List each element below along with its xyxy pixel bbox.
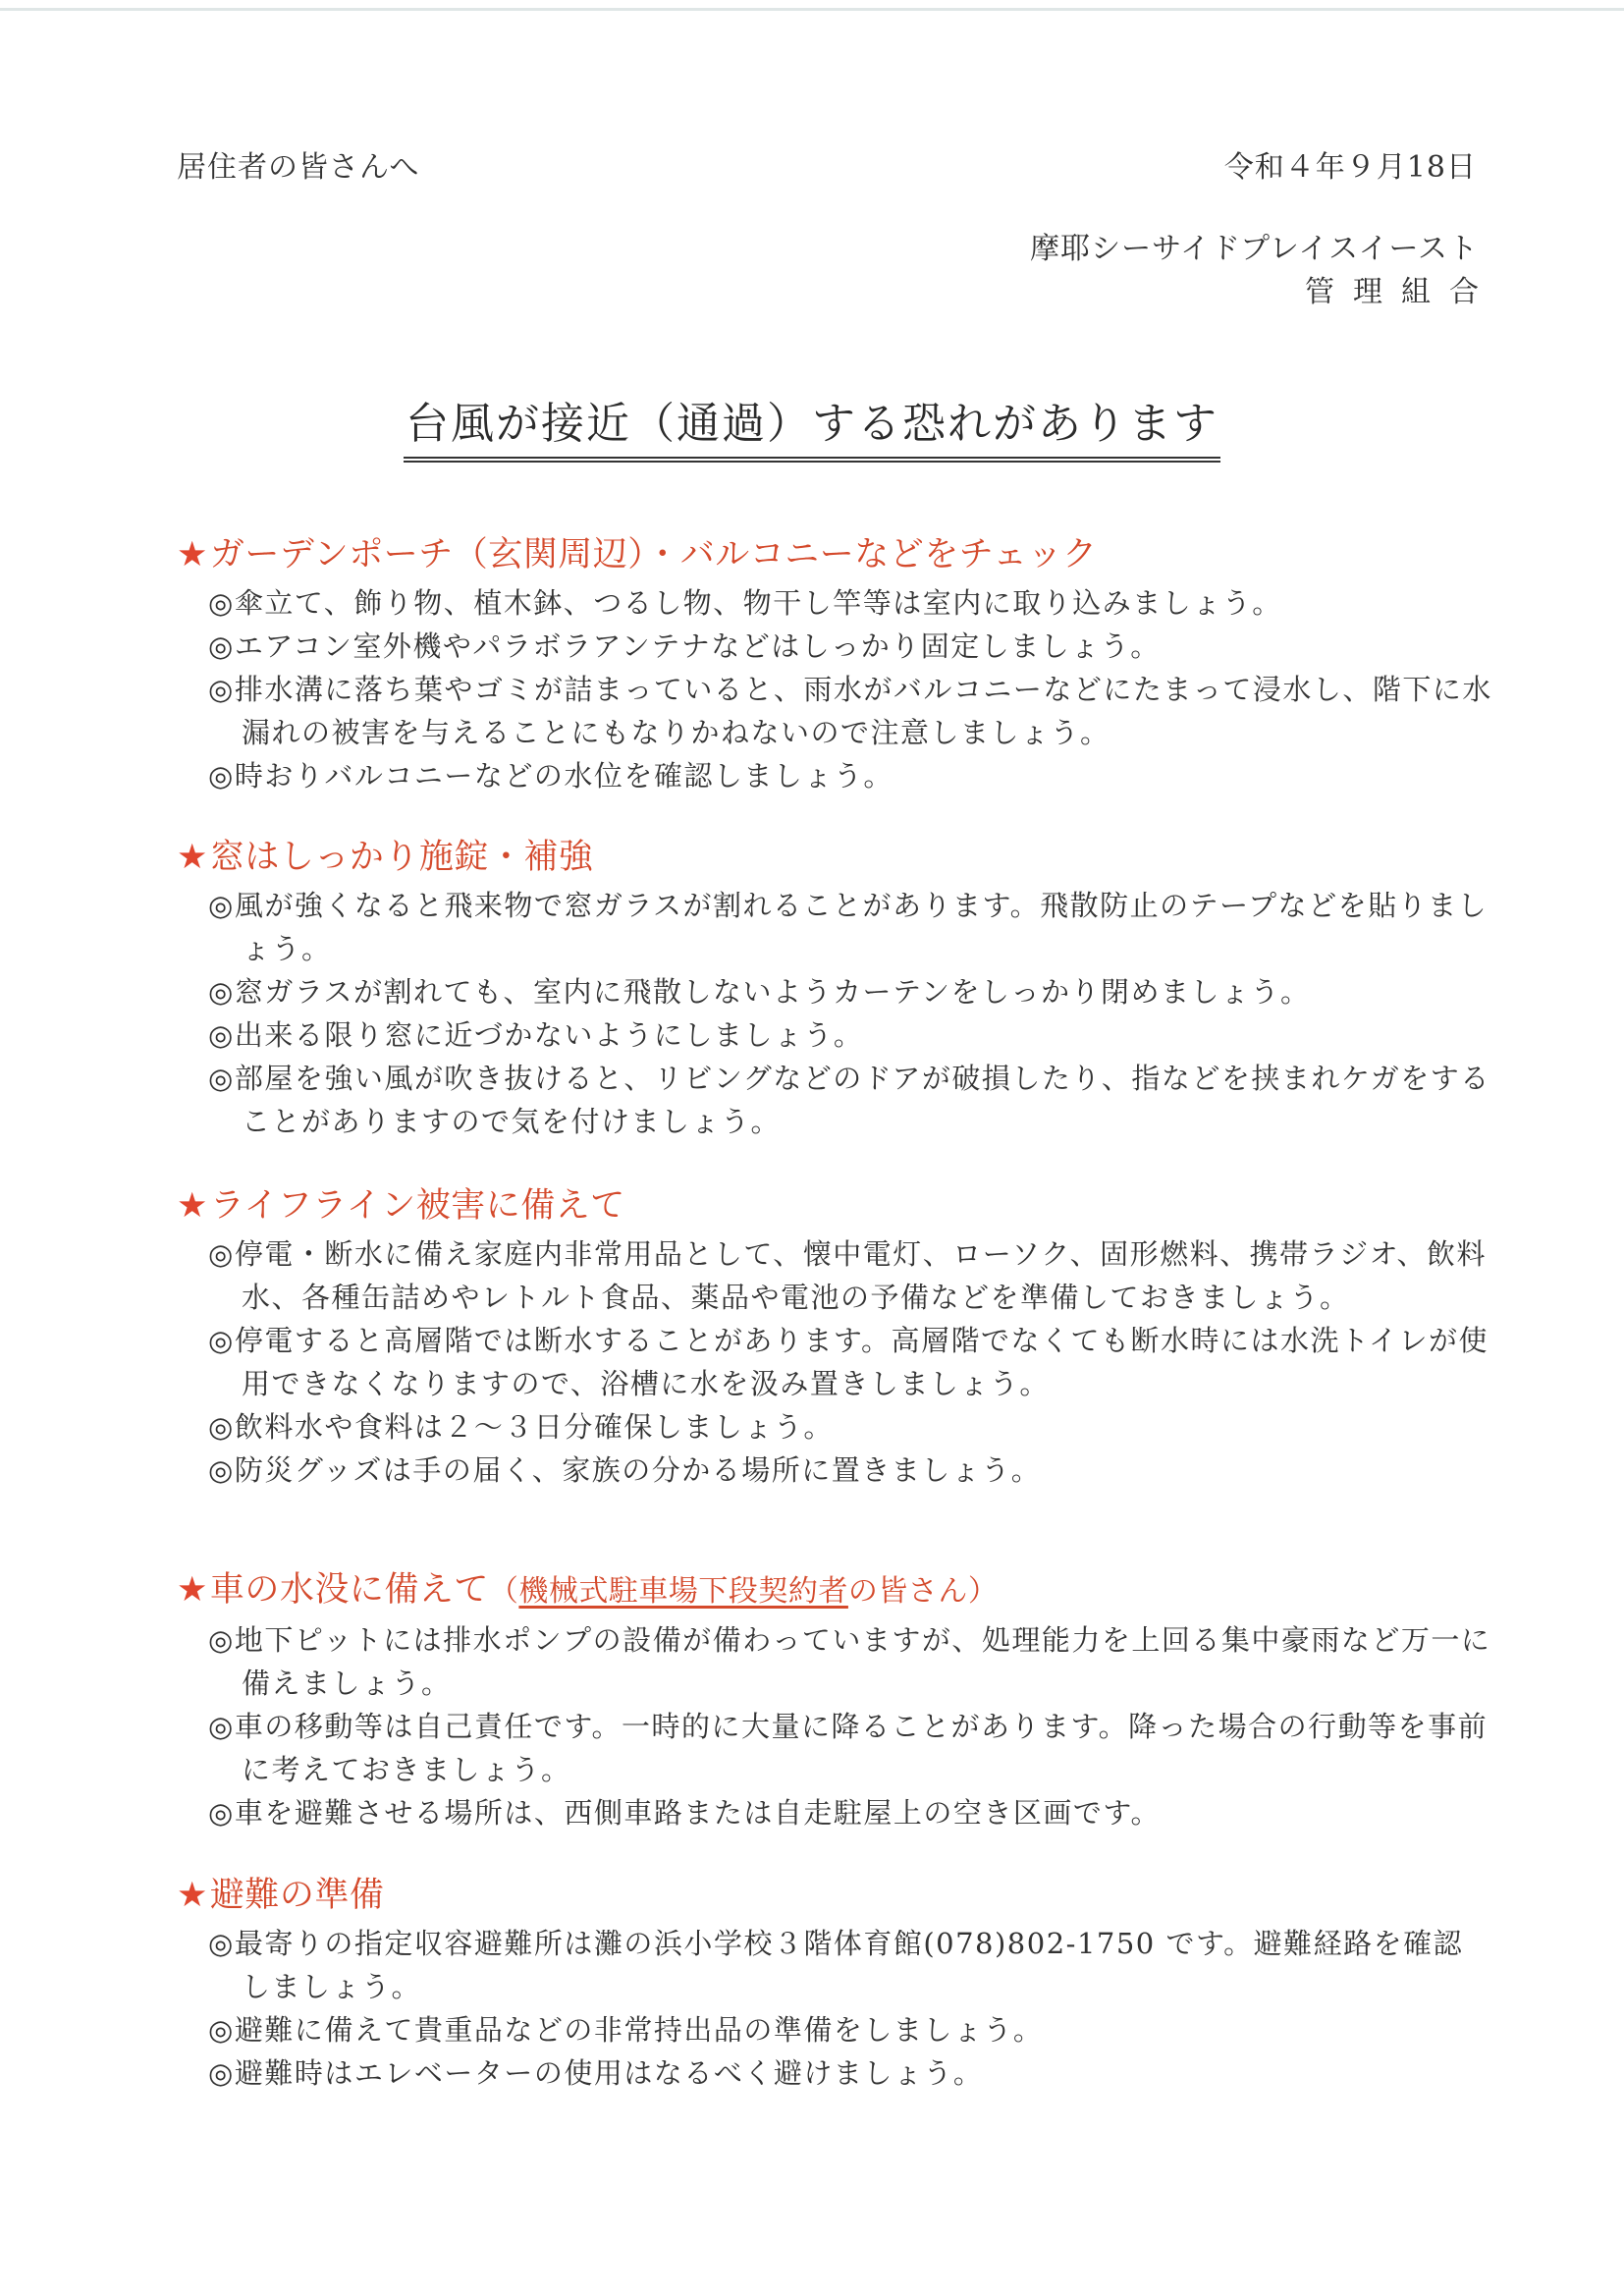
list-item: ◎避難に備えて貴重品などの非常持出品の準備をしましょう。 xyxy=(177,2008,1492,2051)
double-circle-icon: ◎ xyxy=(208,1062,235,1095)
heading-note: （機械式駐車場下段契約者の皆さん） xyxy=(489,1574,999,1609)
double-circle-icon: ◎ xyxy=(208,975,235,1009)
section-heading-text: 避難の準備 xyxy=(210,1876,385,1915)
item-text: 傘立て、飾り物、植木鉢、つるし物、物干し竿等は室内に取り込みましょう。 xyxy=(235,586,1282,620)
section-lifeline: ★ライフライン被害に備えて ◎停電・断水に備え家庭内非常用品として、懐中電灯、ロ… xyxy=(177,1181,1492,1492)
list-item: ◎防災グッズは手の届く、家族の分かる場所に置きましょう。 xyxy=(177,1449,1492,1492)
double-circle-icon: ◎ xyxy=(208,1927,235,1960)
list-item: ◎車の移動等は自己責任です。一時的に大量に降ることがあります。降った場合の行動等… xyxy=(177,1705,1492,1791)
double-circle-icon: ◎ xyxy=(208,1324,235,1357)
item-text: 窓ガラスが割れても、室内に飛散しないようカーテンをしっかり閉めましょう。 xyxy=(235,975,1311,1009)
heading-note-rest: の皆さん） xyxy=(848,1574,999,1609)
double-circle-icon: ◎ xyxy=(208,1710,235,1743)
section-heading: ★車の水没に備えて（機械式駐車場下段契約者の皆さん） xyxy=(177,1565,1492,1616)
star-icon: ★ xyxy=(177,838,208,877)
notice-date: 令和４年９月18日 xyxy=(1224,142,1477,186)
list-item: ◎時おりバルコニーなどの水位を確認しましょう。 xyxy=(177,754,1492,797)
item-text: 部屋を強い風が吹き抜けると、リビングなどのドアが破損したり、指などを挟まれケガを… xyxy=(235,1062,1490,1138)
heading-note-open: （ xyxy=(489,1574,519,1609)
organization-name: 摩耶シーサイドプレイスイースト xyxy=(1030,224,1479,267)
notice-title: 台風が接近（通過）する恐れがあります xyxy=(404,388,1220,463)
section-garden-balcony: ★ガーデンポーチ（玄関周辺）・バルコニーなどをチェック ◎傘立て、飾り物、植木鉢… xyxy=(177,530,1492,797)
item-text: 防災グッズは手の届く、家族の分かる場所に置きましょう。 xyxy=(235,1453,1041,1487)
section-heading: ★窓はしっかり施錠・補強 xyxy=(177,833,1492,882)
item-text: 車の移動等は自己責任です。一時的に大量に降ることがあります。降った場合の行動等を… xyxy=(235,1710,1488,1786)
star-icon: ★ xyxy=(177,1186,208,1226)
addressee: 居住者の皆さんへ xyxy=(177,142,419,186)
star-icon: ★ xyxy=(177,1876,208,1915)
item-text: 停電すると高層階では断水することがあります。高層階でなくても断水時には水洗トイレ… xyxy=(235,1324,1489,1400)
double-circle-icon: ◎ xyxy=(208,586,235,620)
double-circle-icon: ◎ xyxy=(208,2056,235,2090)
scan-edge-line xyxy=(0,8,1624,11)
item-text: エアコン室外機やパラボラアンテナなどはしっかり固定しましょう。 xyxy=(235,629,1161,663)
item-text: 飲料水や食料は２～３日分確保しましょう。 xyxy=(235,1410,834,1444)
double-circle-icon: ◎ xyxy=(208,1237,235,1271)
item-text: 排水溝に落ち葉やゴミが詰まっていると、雨水がバルコニーなどにたまって浸水し、階下… xyxy=(235,673,1492,749)
item-text: 車を避難させる場所は、西側車路または自走駐屋上の空き区画です。 xyxy=(235,1796,1161,1830)
double-circle-icon: ◎ xyxy=(208,1453,235,1487)
list-item: ◎地下ピットには排水ポンプの設備が備わっていますが、処理能力を上回る集中豪雨など… xyxy=(177,1618,1492,1705)
double-circle-icon: ◎ xyxy=(208,1796,235,1830)
list-item: ◎停電すると高層階では断水することがあります。高層階でなくても断水時には水洗トイ… xyxy=(177,1319,1492,1405)
list-item: ◎避難時はエレベーターの使用はなるべく避けましょう。 xyxy=(177,2051,1492,2095)
item-text: 避難に備えて貴重品などの非常持出品の準備をしましょう。 xyxy=(235,2013,1044,2047)
list-item: ◎エアコン室外機やパラボラアンテナなどはしっかり固定しましょう。 xyxy=(177,625,1492,668)
double-circle-icon: ◎ xyxy=(208,673,235,706)
item-text: 避難時はエレベーターの使用はなるべく避けましょう。 xyxy=(235,2056,984,2090)
item-text: 停電・断水に備え家庭内非常用品として、懐中電灯、ローソク、固形燃料、携帯ラジオ、… xyxy=(235,1237,1487,1314)
double-circle-icon: ◎ xyxy=(208,889,235,922)
list-item: ◎排水溝に落ち葉やゴミが詰まっていると、雨水がバルコニーなどにたまって浸水し、階… xyxy=(177,668,1492,754)
section-heading-text: 窓はしっかり施錠・補強 xyxy=(210,838,594,877)
section-heading-text: ライフライン被害に備えて xyxy=(210,1186,625,1226)
list-item: ◎車を避難させる場所は、西側車路または自走駐屋上の空き区画です。 xyxy=(177,1791,1492,1834)
section-windows: ★窓はしっかり施錠・補強 ◎風が強くなると飛来物で窓ガラスが割れることがあります… xyxy=(177,833,1492,1143)
list-item: ◎飲料水や食料は２～３日分確保しましょう。 xyxy=(177,1405,1492,1449)
section-heading: ★ライフライン被害に備えて xyxy=(177,1181,1492,1230)
star-icon: ★ xyxy=(177,535,208,574)
item-text: 最寄りの指定収容避難所は灘の浜小学校３階体育館(078)802-1750 です。… xyxy=(235,1927,1463,2003)
heading-note-underlined: 機械式駐車場下段契約者 xyxy=(518,1574,848,1609)
section-heading: ★ガーデンポーチ（玄関周辺）・バルコニーなどをチェック xyxy=(177,530,1492,579)
list-item: ◎窓ガラスが割れても、室内に飛散しないようカーテンをしっかり閉めましょう。 xyxy=(177,970,1492,1013)
item-text: 時おりバルコニーなどの水位を確認しましょう。 xyxy=(235,759,893,793)
section-heading-text: 車の水没に備えて xyxy=(210,1570,489,1610)
double-circle-icon: ◎ xyxy=(208,1410,235,1444)
double-circle-icon: ◎ xyxy=(208,629,235,663)
section-heading-text: ガーデンポーチ（玄関周辺）・バルコニーなどをチェック xyxy=(210,535,1098,574)
section-evacuation: ★避難の準備 ◎最寄りの指定収容避難所は灘の浜小学校３階体育館(078)802-… xyxy=(177,1871,1492,2095)
double-circle-icon: ◎ xyxy=(208,759,235,793)
list-item: ◎出来る限り窓に近づかないようにしましょう。 xyxy=(177,1013,1492,1057)
double-circle-icon: ◎ xyxy=(208,1623,235,1657)
list-item: ◎部屋を強い風が吹き抜けると、リビングなどのドアが破損したり、指などを挟まれケガ… xyxy=(177,1057,1492,1143)
double-circle-icon: ◎ xyxy=(208,1018,235,1052)
item-text: 地下ピットには排水ポンプの設備が備わっていますが、処理能力を上回る集中豪雨など万… xyxy=(235,1623,1491,1700)
list-item: ◎最寄りの指定収容避難所は灘の浜小学校３階体育館(078)802-1750 です… xyxy=(177,1922,1492,2008)
star-icon: ★ xyxy=(177,1570,208,1610)
item-text: 出来る限り窓に近づかないようにしましょう。 xyxy=(235,1018,864,1052)
list-item: ◎風が強くなると飛来物で窓ガラスが割れることがあります。飛散防止のテープなどを貼… xyxy=(177,884,1492,970)
double-circle-icon: ◎ xyxy=(208,2013,235,2047)
section-heading: ★避難の準備 xyxy=(177,1871,1492,1920)
organization-role: 管理組合 xyxy=(1305,267,1497,310)
section-car-flooding: ★車の水没に備えて（機械式駐車場下段契約者の皆さん） ◎地下ピットには排水ポンプ… xyxy=(177,1565,1492,1834)
title-container: 台風が接近（通過）する恐れがあります xyxy=(0,388,1624,463)
list-item: ◎傘立て、飾り物、植木鉢、つるし物、物干し竿等は室内に取り込みましょう。 xyxy=(177,581,1492,625)
list-item: ◎停電・断水に備え家庭内非常用品として、懐中電灯、ローソク、固形燃料、携帯ラジオ… xyxy=(177,1232,1492,1319)
item-text: 風が強くなると飛来物で窓ガラスが割れることがあります。飛散防止のテープなどを貼り… xyxy=(235,889,1488,965)
